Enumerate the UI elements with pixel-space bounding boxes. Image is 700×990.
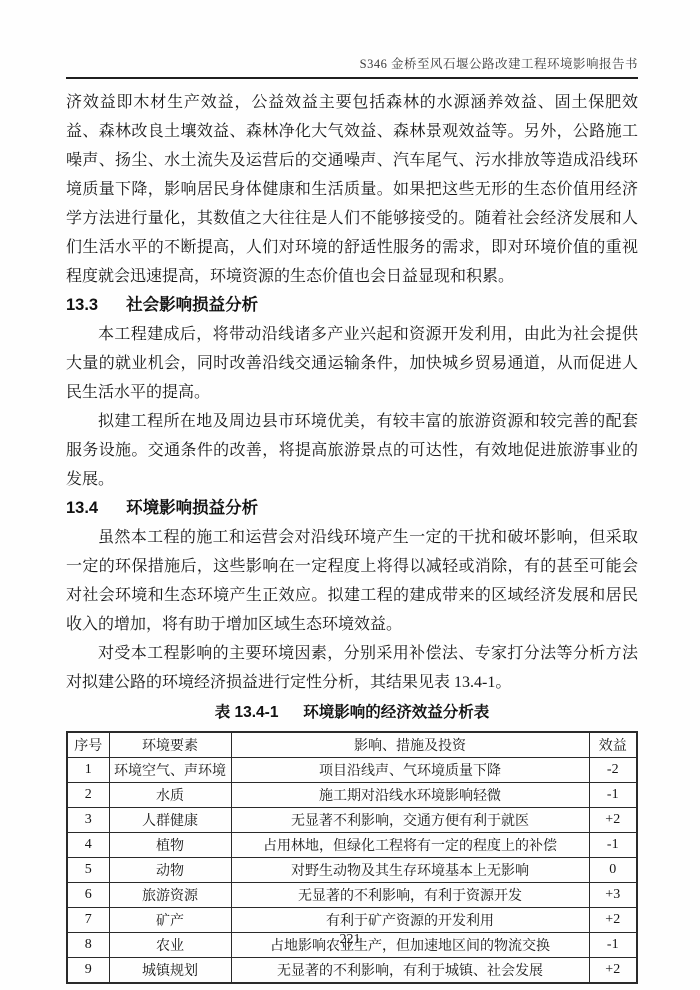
table-cell: 城镇规划 [109,958,231,984]
table-cell: +3 [589,883,637,908]
table-header-row: 序号 环境要素 影响、措施及投资 效益 [67,732,637,758]
report-title: S346 金桥至风石堰公路改建工程环境影响报告书 [360,57,638,71]
table-cell: 1 [67,758,109,783]
table-cell: 无显著的不利影响，有利于资源开发 [231,883,589,908]
table-cell: +2 [589,908,637,933]
table-cell: 无显著不利影响，交通方便有利于就医 [231,808,589,833]
section-number: 13.4 [66,499,98,517]
table-cell: 9 [67,958,109,984]
table-cell: 0 [589,858,637,883]
table-cell: -2 [589,758,637,783]
document-page: S346 金桥至风石堰公路改建工程环境影响报告书 济效益即木材生产效益，公益效益… [0,0,700,990]
table-cell: 5 [67,858,109,883]
section-title: 环境影响损益分析 [126,499,258,517]
table-row: 3人群健康无显著不利影响，交通方便有利于就医+2 [67,808,637,833]
table-cell: 无显著的不利影响，有利于城镇、社会发展 [231,958,589,984]
running-header: S346 金桥至风石堰公路改建工程环境影响报告书 [66,54,638,79]
table-cell: 有利于矿产资源的开发利用 [231,908,589,933]
table-cell: 旅游资源 [109,883,231,908]
table-cell: 3 [67,808,109,833]
paragraph: 虽然本工程的施工和运营会对沿线环境产生一定的干扰和破坏影响，但采取一定的环保措施… [66,523,638,639]
table-cell: 项目沿线声、气环境质量下降 [231,758,589,783]
paragraph: 对受本工程影响的主要环境因素，分别采用补偿法、专家打分法等分析方法对拟建公路的环… [66,639,638,697]
column-header-score: 效益 [589,732,637,758]
table-cell: 动物 [109,858,231,883]
table-cell: 施工期对沿线水环境影响轻微 [231,783,589,808]
table-cell: +2 [589,958,637,984]
intro-paragraph: 济效益即木材生产效益，公益效益主要包括森林的水源涵养效益、固土保肥效益、森林改良… [66,88,638,291]
table-cell: 对野生动物及其生存环境基本上无影响 [231,858,589,883]
table-cell: -1 [589,783,637,808]
table-cell: 4 [67,833,109,858]
page-footer: 221 [0,932,700,948]
page-number: 221 [340,932,361,947]
paragraph: 拟建工程所在地及周边县市环境优美，有较丰富的旅游资源和较完善的配套服务设施。交通… [66,407,638,494]
table-row: 1环境空气、声环境项目沿线声、气环境质量下降-2 [67,758,637,783]
table-caption-label: 表 13.4-1 [215,704,279,721]
benefit-table-body: 1环境空气、声环境项目沿线声、气环境质量下降-22水质施工期对沿线水环境影响轻微… [67,758,637,984]
table-caption-title: 环境影响的经济效益分析表 [303,704,489,721]
table-row: 5动物对野生动物及其生存环境基本上无影响0 [67,858,637,883]
table-cell: 2 [67,783,109,808]
table-cell: 植物 [109,833,231,858]
table-cell: 环境空气、声环境 [109,758,231,783]
column-header-factor: 环境要素 [109,732,231,758]
section-heading-13-3: 13.3社会影响损益分析 [66,291,638,320]
table-row: 9城镇规划无显著的不利影响，有利于城镇、社会发展+2 [67,958,637,984]
table-row: 4植物占用林地，但绿化工程将有一定的程度上的补偿-1 [67,833,637,858]
table-cell: 人群健康 [109,808,231,833]
section-heading-13-4: 13.4环境影响损益分析 [66,494,638,523]
column-header-impact: 影响、措施及投资 [231,732,589,758]
table-cell: -1 [589,833,637,858]
table-cell: 6 [67,883,109,908]
table-row: 2水质施工期对沿线水环境影响轻微-1 [67,783,637,808]
table-row: 6旅游资源无显著的不利影响，有利于资源开发+3 [67,883,637,908]
document-body: 济效益即木材生产效益，公益效益主要包括森林的水源涵养效益、固土保肥效益、森林改良… [66,88,638,984]
table-cell: 7 [67,908,109,933]
section-number: 13.3 [66,296,98,314]
table-cell: +2 [589,808,637,833]
table-row: 7矿产有利于矿产资源的开发利用+2 [67,908,637,933]
paragraph: 本工程建成后，将带动沿线诸多产业兴起和资源开发利用，由此为社会提供大量的就业机会… [66,320,638,407]
table-caption: 表 13.4-1环境影响的经济效益分析表 [66,699,638,726]
section-title: 社会影响损益分析 [126,296,258,314]
column-header-index: 序号 [67,732,109,758]
table-cell: 水质 [109,783,231,808]
table-cell: 占用林地，但绿化工程将有一定的程度上的补偿 [231,833,589,858]
table-cell: 矿产 [109,908,231,933]
